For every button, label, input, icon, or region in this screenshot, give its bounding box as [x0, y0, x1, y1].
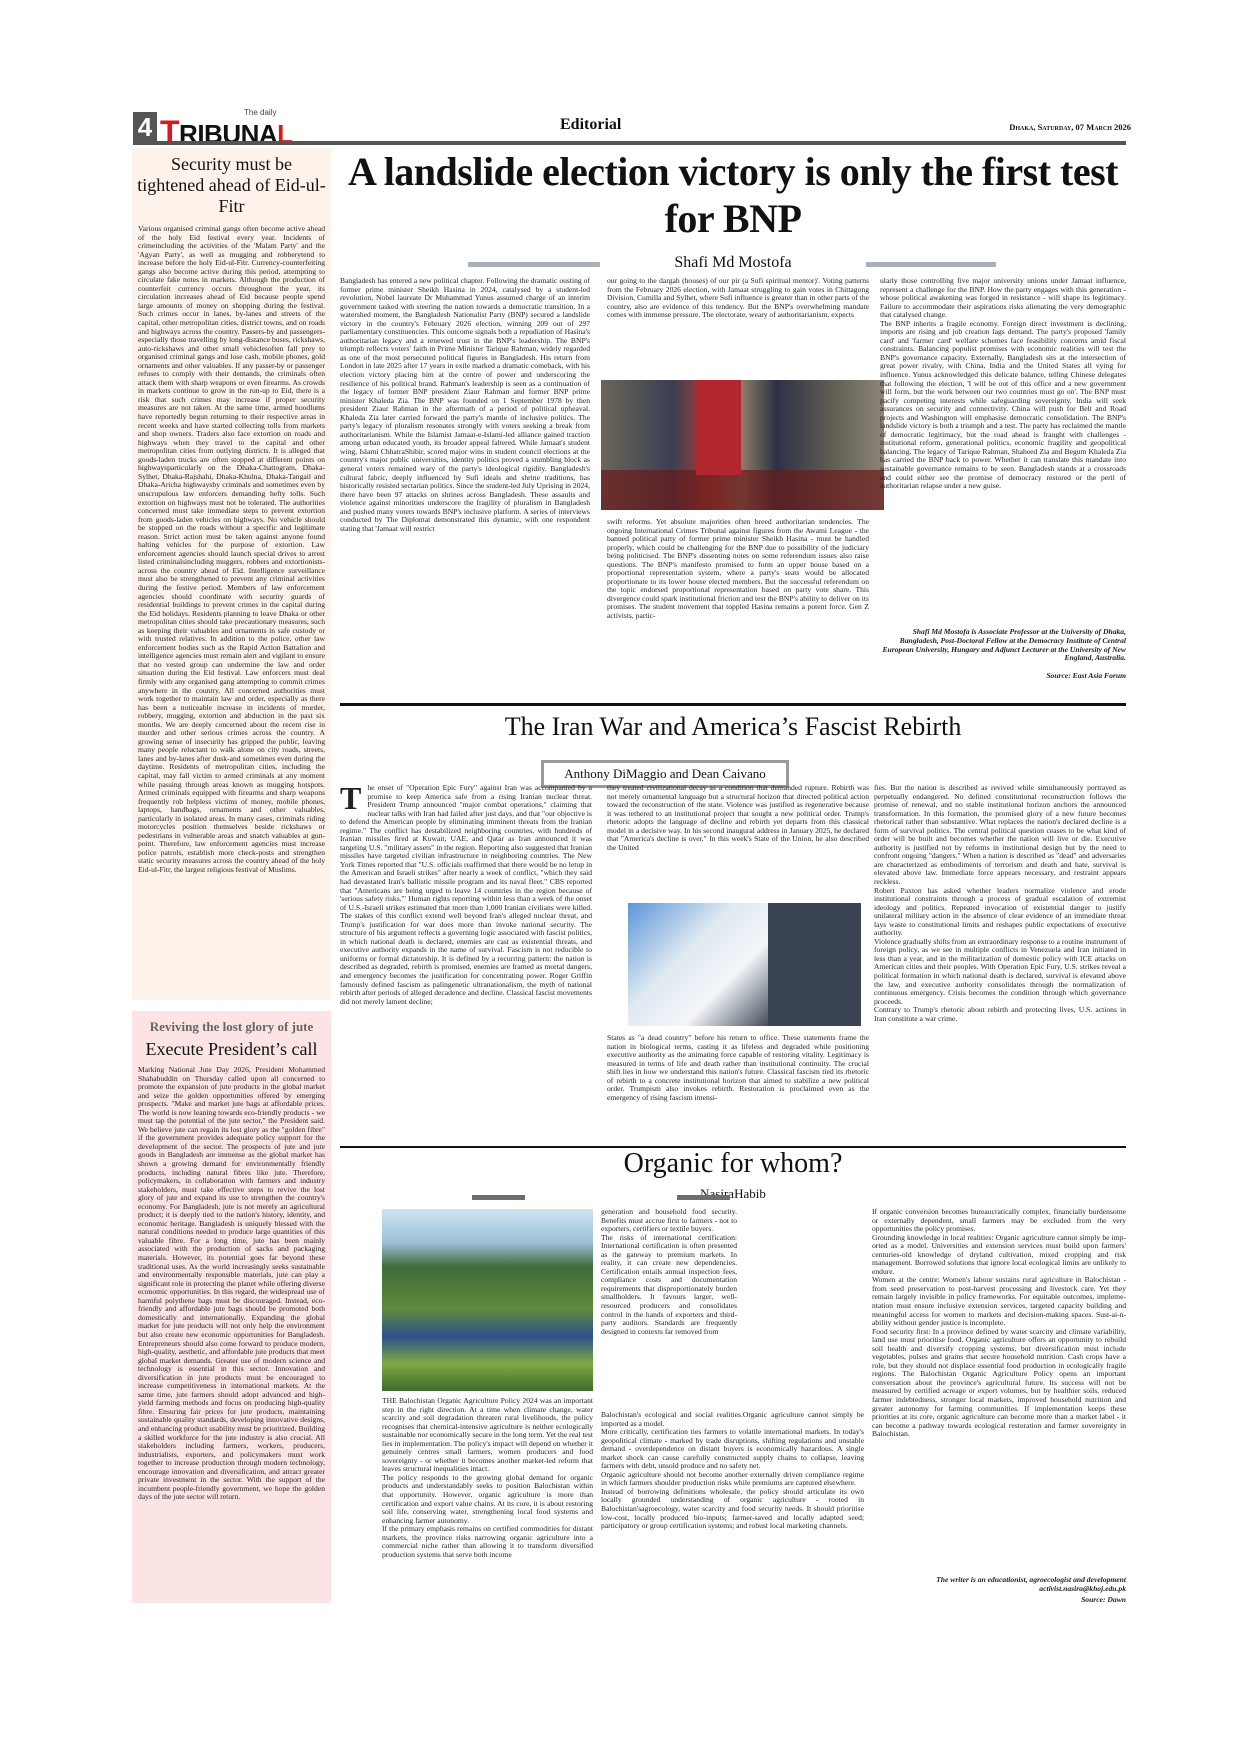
byline-bar-right: [866, 262, 996, 267]
newspaper-logo: The daily TRIBUNAL: [160, 108, 310, 144]
article-1-col-1: Bangladesh has entered a new political c…: [340, 277, 590, 707]
article-2-col-1: The onset of "Operation Epic Fury" again…: [340, 784, 592, 1136]
article-3-col-3: If organic conversion becomes bureaucrat…: [872, 1208, 1126, 1439]
page-number: 4: [133, 112, 157, 142]
article-1-photo: [601, 380, 884, 510]
article-3-col-2-top: generation and household food security. …: [601, 1208, 737, 1336]
editorial-jute: Reviving the lost glory of jute Execute …: [132, 1011, 331, 1603]
section-title: Editorial: [560, 116, 621, 134]
article-1-col-2-bottom: swift reforms. Yet absolute majorities o…: [607, 518, 869, 621]
article-1-headline: A landslide election victory is only the…: [340, 148, 1126, 242]
article-3-photo: [382, 1209, 593, 1391]
article-2-col-2-top: they treated civilizational decay as a c…: [607, 784, 869, 852]
article-1-col-2-top: our going to the dargah (houses) of our …: [607, 277, 869, 320]
editorial-headline: Security must be tightened ahead of Eid-…: [136, 154, 327, 217]
article-3-col-1: THE Balochistan Organic Agriculture Poli…: [382, 1397, 593, 1559]
editorial-headline: Execute President’s call: [132, 1039, 331, 1060]
article-1-author-bio: Shafi Md Mostofa is Associate Professor …: [880, 628, 1126, 663]
article-1-col-3: ularly those controlling five major univ…: [880, 277, 1126, 491]
editorial-body: Various organised criminal gangs often b…: [138, 225, 325, 875]
dropcap: T: [340, 784, 361, 812]
article-3-author-bio: The writer is an educationist, agroecolo…: [872, 1576, 1126, 1594]
article-1-byline: Shafi Md Mostofa: [340, 254, 1126, 272]
article-2-col-2-bottom: States as "a dead country" before his re…: [607, 1034, 869, 1102]
article-3-col-2-bottom: Balochistan's ecological and social real…: [601, 1411, 864, 1531]
article-2-headline: The Iran War and America’s Fascist Rebir…: [340, 712, 1126, 742]
editorial-kicker: Reviving the lost glory of jute: [132, 1019, 331, 1035]
article-2-photo: [628, 903, 861, 1026]
byline-bar-right: [677, 1195, 730, 1200]
section-divider: [340, 703, 1126, 706]
logo-wordmark: TRIBUNAL: [160, 114, 293, 151]
article-3-headline: Organic for whom?: [340, 1148, 1126, 1180]
editorial-body: Marking National Jute Day 2026, Presiden…: [138, 1066, 325, 1502]
masthead-rule: [133, 141, 1126, 145]
article-3-source: Source: Dawn: [872, 1596, 1126, 1605]
dateline: Dhaka, Saturday, 07 March 2026: [1009, 122, 1131, 132]
editorial-security: Security must be tightened ahead of Eid-…: [132, 148, 331, 1000]
article-2-col-3: fies. But the nation is described as rev…: [874, 784, 1126, 1023]
article-1-source: Source: East Asia Forum: [880, 672, 1126, 681]
article-3-byline: NasiraHabib: [340, 1186, 1126, 1202]
